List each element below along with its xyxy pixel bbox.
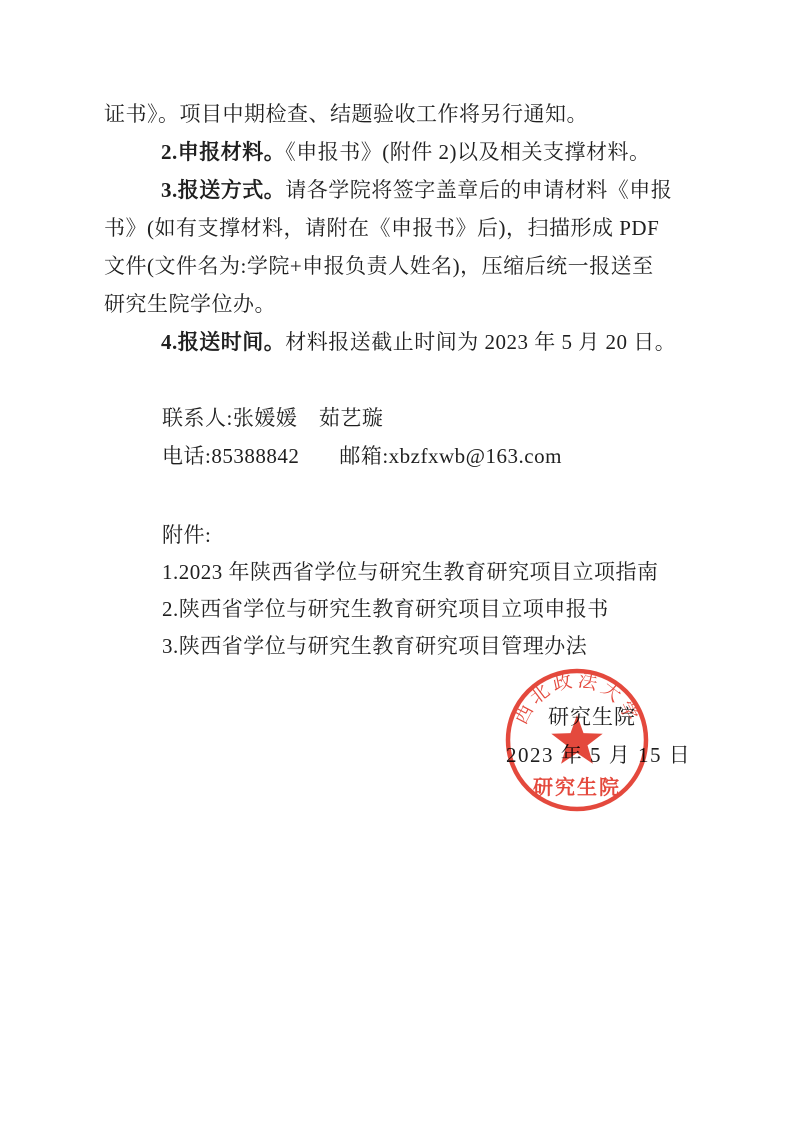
paragraph-2-text: 《申报书》(附件 2)以及相关支撑材料。 (285, 140, 650, 164)
paragraph-submission-deadline: 4.报送时间。材料报送截止时间为 2023 年 5 月 20 日。 (104, 323, 690, 361)
contact-phone: 电话:85388842 (162, 444, 299, 468)
paragraph-4-label: 4.报送时间。 (161, 330, 285, 354)
paragraph-4-text: 材料报送截止时间为 2023 年 5 月 20 日。 (285, 330, 676, 354)
document-page: 证书》。项目中期检查、结题验收工作将另行通知。 2.申报材料。《申报书》(附件 … (0, 0, 793, 1122)
attachments-block: 附件: 1.2023 年陕西省学位与研究生教育研究项目立项指南 2.陕西省学位与… (104, 517, 690, 665)
paragraph-continuation: 证书》。项目中期检查、结题验收工作将另行通知。 (104, 95, 690, 133)
document-body: 证书》。项目中期检查、结题验收工作将另行通知。 2.申报材料。《申报书》(附件 … (104, 95, 690, 665)
contact-person: 联系人:张媛媛 茹艺璇 (162, 406, 383, 430)
seal-bottom-label: 研究生院 (533, 775, 621, 799)
signature-organization: 研究生院 (548, 701, 636, 731)
attachments-title: 附件: (104, 517, 690, 554)
attachment-item: 1.2023 年陕西省学位与研究生教育研究项目立项指南 (104, 554, 690, 591)
signature-date: 2023 年 5 月 15 日 (506, 739, 691, 769)
contact-email: 邮箱:xbzfxwb@163.com (339, 444, 562, 468)
attachment-item: 3.陕西省学位与研究生教育研究项目管理办法 (104, 628, 690, 665)
contact-block: 联系人:张媛媛 茹艺璇 电话:85388842邮箱:xbzfxwb@163.co… (104, 399, 690, 475)
contact-person-line: 联系人:张媛媛 茹艺璇 (104, 399, 690, 437)
paragraph-2-label: 2.申报材料。 (161, 140, 285, 164)
attachment-item: 2.陕西省学位与研究生教育研究项目立项申报书 (104, 591, 690, 628)
paragraph-3-label: 3.报送方式。 (161, 178, 285, 202)
paragraph-continuation-text: 证书》。项目中期检查、结题验收工作将另行通知。 (104, 102, 588, 126)
paragraph-submission-method: 3.报送方式。请各学院将签字盖章后的申请材料《申报 书》(如有支撑材料，请附在《… (104, 171, 690, 323)
paragraph-application-materials: 2.申报材料。《申报书》(附件 2)以及相关支撑材料。 (104, 133, 690, 171)
contact-phone-line: 电话:85388842邮箱:xbzfxwb@163.com (104, 437, 690, 475)
